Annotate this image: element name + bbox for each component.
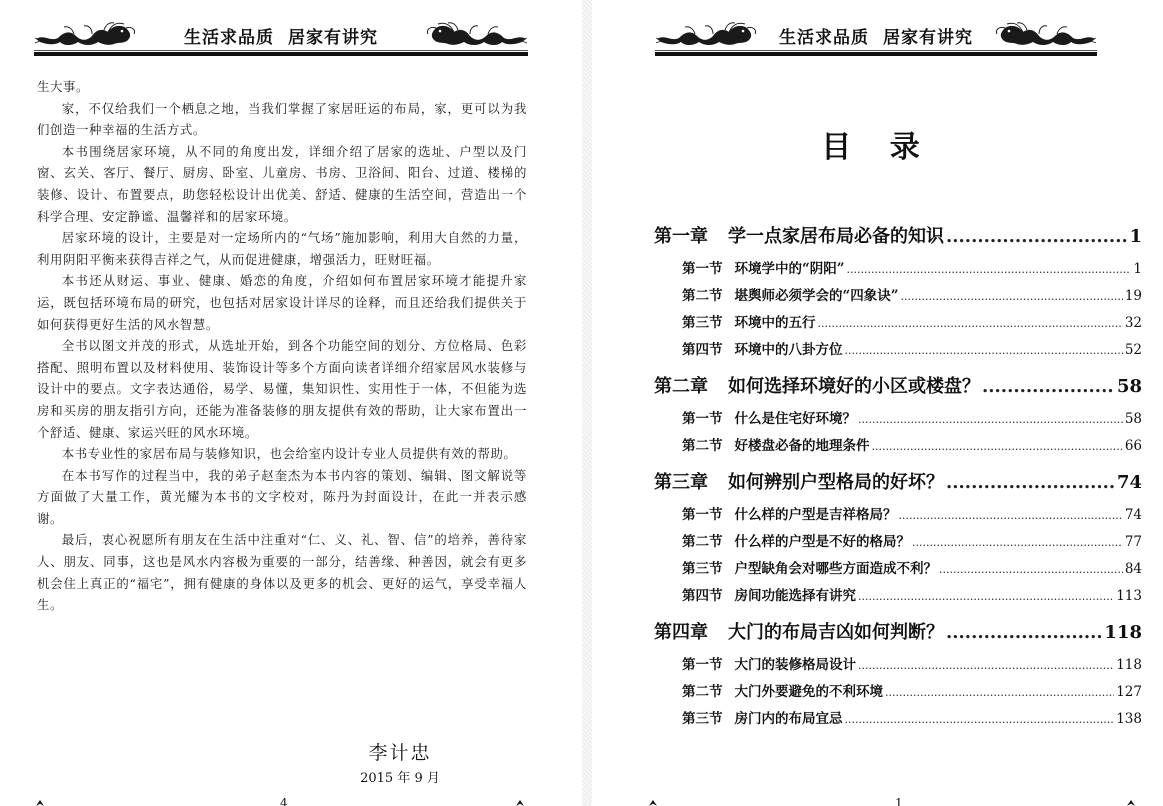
section-page: 84 — [1125, 556, 1142, 583]
leader-dots — [946, 222, 1127, 252]
section-number: 第一节 — [682, 411, 723, 427]
chapter-number: 第二章 — [654, 376, 708, 397]
section-number: 第一节 — [682, 657, 723, 673]
section-number: 第三节 — [682, 561, 723, 577]
header-rule-thick — [655, 52, 1097, 56]
section-title: 房间功能选择有讲究 — [735, 588, 857, 604]
preface-body: 生大事。 家，不仅给我们一个栖息之地，当我们掌握了家居旺运的布局，家，更可以为我… — [37, 76, 527, 616]
section-number: 第四节 — [682, 588, 723, 604]
leader-dots — [912, 529, 1123, 556]
chapter-title: 大门的布局吉凶如何判断？ — [728, 622, 944, 643]
section-page: 19 — [1125, 283, 1142, 310]
toc-section[interactable]: 第三节环境中的五行 32 — [654, 310, 1142, 337]
section-title: 好楼盘必备的地理条件 — [735, 438, 870, 454]
section-page: 138 — [1116, 706, 1142, 733]
section-number: 第二节 — [682, 534, 723, 550]
section-page: 52 — [1125, 337, 1142, 364]
section-page: 118 — [1116, 652, 1142, 679]
leader-dots — [939, 556, 1123, 583]
leader-dots — [899, 502, 1123, 529]
header-text-1: 生活求品质 — [779, 28, 869, 48]
running-header: 生活求品质居家有讲究 — [655, 14, 1097, 56]
toc-section[interactable]: 第一节什么是住宅好环境？ 58 — [654, 406, 1142, 433]
toc-section[interactable]: 第一节环境学中的“阴阳” 1 — [654, 256, 1142, 283]
paragraph: 全书以图文并茂的形式，从选址开始，到各个功能空间的划分、方位格局、色彩搭配、照明… — [37, 335, 527, 443]
header-rule-thick — [34, 52, 528, 56]
paragraph: 本书专业性的家居布局与装修知识，也会给室内设计专业人员提供有效的帮助。 — [37, 443, 527, 465]
signature-block: 李计忠 2015 年 9 月 — [340, 738, 460, 786]
header-rule-thin — [655, 50, 1097, 51]
paragraph: 家，不仅给我们一个栖息之地，当我们掌握了家居旺运的布局，家，更可以为我们创造一种… — [37, 98, 527, 141]
section-page: 127 — [1116, 679, 1142, 706]
leader-dots — [845, 706, 1115, 733]
section-title: 什么样的户型是吉祥格局？ — [735, 507, 897, 523]
section-title: 大门外要避免的不利环境 — [735, 684, 884, 700]
leader-dots — [858, 406, 1123, 433]
toc-section[interactable]: 第四节环境中的八卦方位 52 — [654, 337, 1142, 364]
chapter-number: 第四章 — [654, 622, 708, 643]
leader-dots — [901, 283, 1123, 310]
signature-date: 2015 年 9 月 — [340, 767, 460, 786]
leader-dots — [858, 652, 1114, 679]
header-text-2: 居家有讲究 — [288, 28, 378, 48]
section-page: 66 — [1125, 433, 1142, 460]
header-text-1: 生活求品质 — [184, 28, 274, 48]
toc-section[interactable]: 第一节什么样的户型是吉祥格局？ 74 — [654, 502, 1142, 529]
author-name: 李计忠 — [340, 738, 460, 765]
page-gutter — [582, 0, 592, 806]
section-number: 第三节 — [682, 315, 723, 331]
paragraph: 本书围绕居家环境，从不同的角度出发，详细介绍了居家的选址、户型以及门窗、玄关、客… — [37, 141, 527, 227]
leader-dots — [818, 310, 1123, 337]
leader-dots — [847, 256, 1132, 283]
paragraph: 最后，衷心祝愿所有朋友在生活中注重对“仁、义、礼、智、信”的培养，善待家人、朋友… — [37, 529, 527, 615]
toc-chapter[interactable]: 第一章学一点家居布局必备的知识 1 — [654, 222, 1142, 252]
running-header: 生活求品质居家有讲究 — [34, 14, 528, 56]
section-title: 什么是住宅好环境？ — [735, 411, 857, 427]
toc-section[interactable]: 第一节大门的装修格局设计 118 — [654, 652, 1142, 679]
right-page: 生活求品质居家有讲究 目 录 第一章学一点家居布局必备的知识 1 第一节环境学中… — [592, 0, 1163, 806]
dragon-ornament-icon — [34, 22, 138, 48]
left-page: 生活求品质居家有讲究 生大事。 家，不仅给我们一个栖息之地，当我们掌握了家居旺运… — [0, 0, 582, 806]
section-title: 环境中的八卦方位 — [735, 342, 843, 358]
toc-chapter[interactable]: 第二章如何选择环境好的小区或楼盘？ 58 — [654, 372, 1142, 402]
paragraph: 生大事。 — [37, 76, 527, 98]
toc-chapter[interactable]: 第三章如何辨别户型格局的好坏？ 74 — [654, 468, 1142, 498]
section-number: 第四节 — [682, 342, 723, 358]
section-title: 户型缺角会对哪些方面造成不利？ — [735, 561, 938, 577]
dragon-ornament-icon — [993, 22, 1097, 48]
leader-dots — [946, 618, 1102, 648]
chapter-title: 如何辨别户型格局的好坏？ — [728, 472, 944, 493]
chapter-page: 1 — [1129, 222, 1142, 252]
leader-dots — [872, 433, 1123, 460]
section-title: 大门的装修格局设计 — [735, 657, 857, 673]
toc-section[interactable]: 第二节堪舆师必须学会的“四象诀” 19 — [654, 283, 1142, 310]
section-page: 58 — [1125, 406, 1142, 433]
corner-ornament-icon — [647, 798, 659, 806]
paragraph: 居家环境的设计，主要是对一定场所内的“气场”施加影响，利用大自然的力量，利用阴阳… — [37, 227, 527, 270]
page-number: 1 — [895, 796, 903, 806]
toc-section[interactable]: 第三节房门内的布局宜忌 138 — [654, 706, 1142, 733]
corner-ornament-icon — [1125, 798, 1137, 806]
chapter-number: 第一章 — [654, 226, 708, 247]
section-title: 什么样的户型是不好的格局？ — [735, 534, 911, 550]
toc-title: 目 录 — [592, 122, 1163, 166]
leader-dots — [885, 679, 1114, 706]
leader-dots — [845, 337, 1123, 364]
dragon-ornament-icon — [424, 22, 528, 48]
corner-ornament-icon — [34, 798, 46, 806]
leader-dots — [946, 468, 1115, 498]
section-number: 第一节 — [682, 261, 723, 277]
section-page: 77 — [1125, 529, 1142, 556]
corner-ornament-icon — [514, 798, 526, 806]
page-number: 4 — [280, 796, 288, 806]
section-page: 74 — [1125, 502, 1142, 529]
section-title: 环境学中的“阴阳” — [735, 261, 845, 277]
section-number: 第二节 — [682, 288, 723, 304]
section-title: 堪舆师必须学会的“四象诀” — [735, 288, 899, 304]
section-number: 第三节 — [682, 711, 723, 727]
chapter-title: 如何选择环境好的小区或楼盘？ — [728, 376, 980, 397]
toc-section[interactable]: 第三节户型缺角会对哪些方面造成不利？ 84 — [654, 556, 1142, 583]
paragraph: 在本书写作的过程当中，我的弟子赵奎杰为本书内容的策划、编辑、图文解说等方面做了大… — [37, 465, 527, 530]
dragon-ornament-icon — [655, 22, 759, 48]
section-number: 第二节 — [682, 684, 723, 700]
chapter-page: 74 — [1117, 468, 1142, 498]
running-header-title: 生活求品质居家有讲究 — [779, 23, 973, 48]
toc-section[interactable]: 第二节大门外要避免的不利环境 127 — [654, 679, 1142, 706]
toc-section[interactable]: 第二节好楼盘必备的地理条件 66 — [654, 433, 1142, 460]
chapter-number: 第三章 — [654, 472, 708, 493]
chapter-page: 58 — [1117, 372, 1142, 402]
running-header-title: 生活求品质居家有讲究 — [184, 23, 378, 48]
paragraph: 本书还从财运、事业、健康、婚恋的角度，介绍如何布置居家环境才能提升家运，既包括环… — [37, 270, 527, 335]
section-number: 第二节 — [682, 438, 723, 454]
section-title: 房门内的布局宜忌 — [735, 711, 843, 727]
toc-section[interactable]: 第二节什么样的户型是不好的格局？ 77 — [654, 529, 1142, 556]
toc-section[interactable]: 第四节房间功能选择有讲究 113 — [654, 583, 1142, 610]
header-rule-thin — [34, 50, 528, 51]
header-text-2: 居家有讲究 — [883, 28, 973, 48]
leader-dots — [858, 583, 1114, 610]
section-page: 32 — [1125, 310, 1142, 337]
table-of-contents: 第一章学一点家居布局必备的知识 1 第一节环境学中的“阴阳” 1 第二节堪舆师必… — [654, 222, 1142, 733]
section-page: 1 — [1133, 256, 1142, 283]
chapter-title: 学一点家居布局必备的知识 — [728, 226, 944, 247]
section-number: 第一节 — [682, 507, 723, 523]
section-page: 113 — [1116, 583, 1142, 610]
section-title: 环境中的五行 — [735, 315, 816, 331]
chapter-page: 118 — [1104, 618, 1142, 648]
leader-dots — [982, 372, 1115, 402]
toc-chapter[interactable]: 第四章大门的布局吉凶如何判断？ 118 — [654, 618, 1142, 648]
